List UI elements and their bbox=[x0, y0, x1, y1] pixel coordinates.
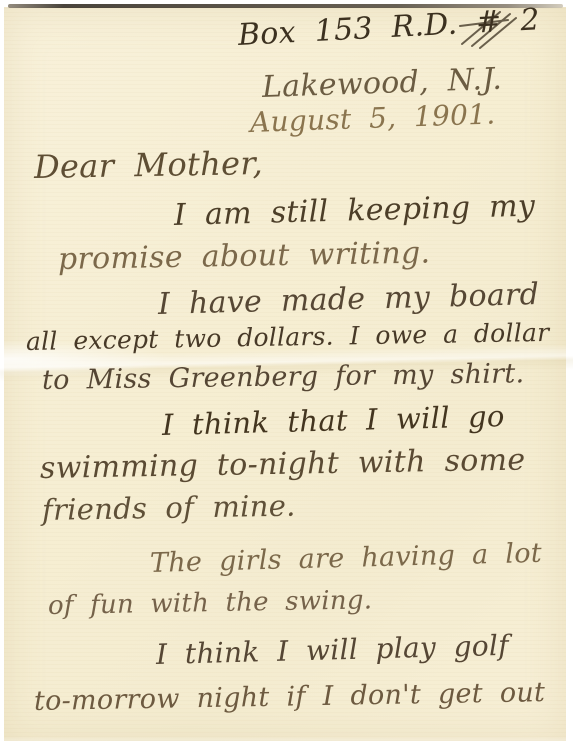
scan-bottom-edge bbox=[0, 736, 573, 750]
body-line-10: of fun with the swing. bbox=[48, 585, 373, 621]
scanned-letter: Box 153 R.D. # 2 Lakewood, N.J. August 5… bbox=[0, 0, 573, 750]
body-line-8: friends of mine. bbox=[42, 489, 296, 527]
salutation: Dear Mother, bbox=[34, 144, 264, 186]
body-line-2: promise about writing. bbox=[58, 236, 431, 277]
